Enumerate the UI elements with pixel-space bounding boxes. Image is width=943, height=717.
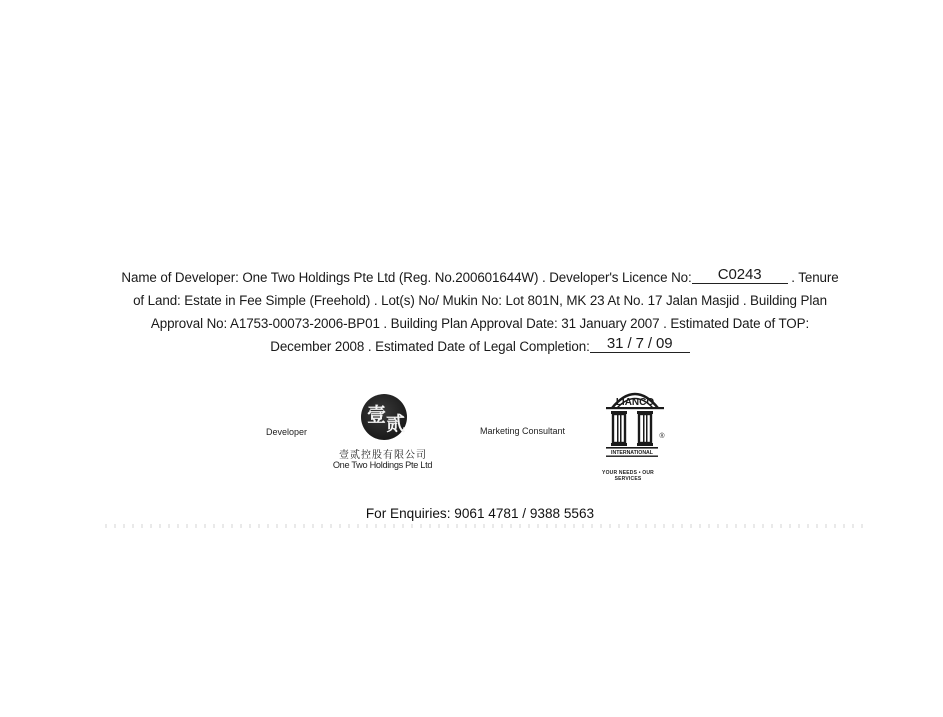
reg-no: (Reg. No.200601644W)	[399, 270, 538, 285]
developer-notice: Name of Developer: One Two Holdings Pte …	[120, 266, 840, 358]
lot: Lot 801N, MK 23 At No. 17 Jalan Masjid	[506, 293, 740, 308]
legal-label: . Estimated Date of Legal Completion:	[368, 339, 590, 354]
developer-seal-logo: 壹 贰	[361, 394, 407, 440]
developer-name-label: Name of Developer:	[121, 270, 238, 285]
developer-label: Developer	[266, 427, 307, 437]
lianco-logo: LIANCO ® INTERNATIONAL	[600, 386, 670, 466]
lot-label: . Lot(s) No/ Mukin No:	[374, 293, 502, 308]
lianco-international-text: INTERNATIONAL	[611, 450, 654, 456]
top-label: . Estimated Date of TOP:	[663, 316, 809, 331]
tenure: Estate in Fee Simple (Freehold)	[184, 293, 370, 308]
developer-name: One Two Holdings Pte Ltd	[242, 270, 395, 285]
scan-noise-line	[105, 524, 865, 528]
bp-date: 31 January 2007	[561, 316, 659, 331]
developer-name-cn: 壹贰控股有限公司	[333, 446, 433, 461]
seal-char-2: 贰	[386, 409, 401, 436]
enquiries-contact: For Enquiries: 9061 4781 / 9388 5563	[300, 506, 660, 521]
developer-name-en: One Two Holdings Pte Ltd	[325, 460, 440, 470]
licence-label: . Developer's Licence No:	[542, 270, 692, 285]
bp-no: A1753-00073-2006-BP01	[230, 316, 380, 331]
lianco-wordmark: LIANCO	[616, 397, 655, 408]
registered-mark: ®	[659, 432, 665, 440]
licence-no: C0243	[692, 267, 788, 284]
bp-date-label: . Building Plan Approval Date:	[383, 316, 557, 331]
legal-date: 31 / 7 / 09	[590, 336, 690, 353]
seal-char-1: 壹	[367, 400, 382, 427]
top-date: December 2008	[270, 339, 364, 354]
lianco-tagline: YOUR NEEDS • OUR SERVICES	[588, 470, 668, 482]
marketing-consultant-label: Marketing Consultant	[480, 426, 565, 436]
